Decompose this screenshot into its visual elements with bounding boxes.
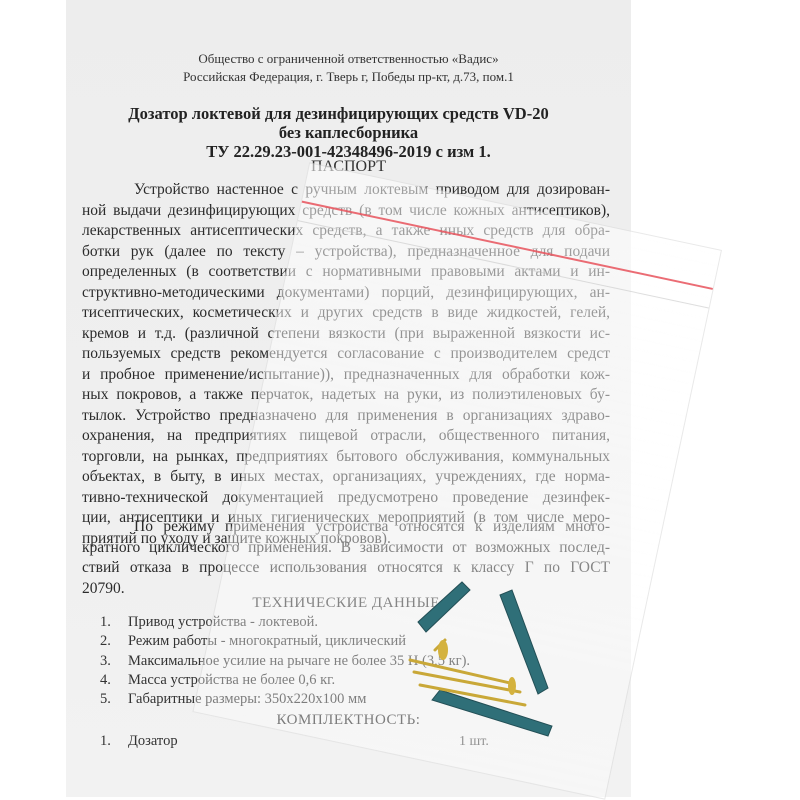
zip-seal (302, 201, 713, 290)
list-text: Дозатор (128, 732, 178, 751)
zip-edge (298, 220, 709, 308)
product-subtitle: без каплесборника (66, 123, 631, 142)
company-address: Российская Федерация, г. Тверь г, Победы… (66, 68, 631, 86)
company-name: Общество с ограниченной ответственностью… (66, 50, 631, 68)
list-item: 1.Дозатор (100, 732, 178, 751)
list-number: 2. (100, 632, 128, 651)
kit-list: 1.Дозатор (100, 732, 178, 751)
list-number: 3. (100, 652, 128, 671)
list-number: 4. (100, 671, 128, 690)
list-number: 1. (100, 732, 128, 751)
product-title: Дозатор локтевой для дезинфицирующих сре… (56, 104, 621, 123)
list-number: 5. (100, 690, 128, 709)
list-number: 1. (100, 613, 128, 632)
